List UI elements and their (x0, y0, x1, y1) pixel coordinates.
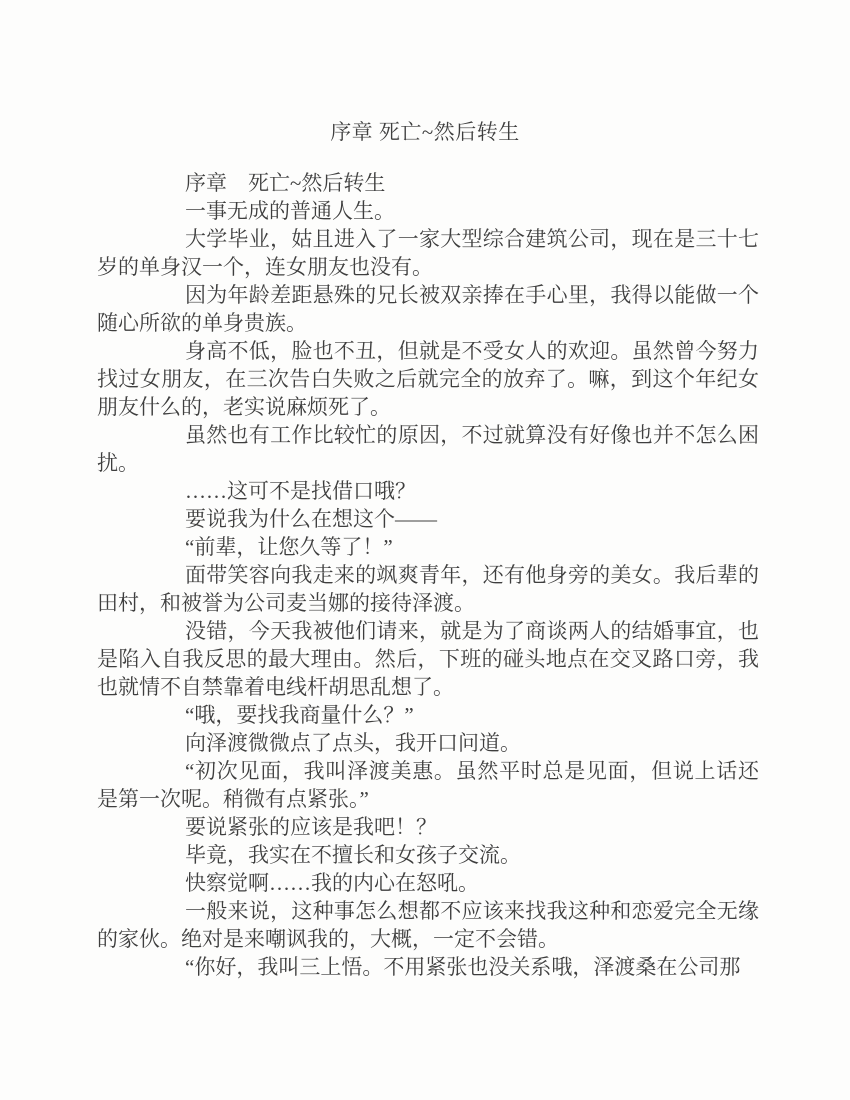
paragraph: 没错，今天我被他们请来，就是为了商谈两人的结婚事宜，也是陷入自我反思的最大理由。… (97, 617, 759, 701)
paragraph: “初次见面，我叫泽渡美惠。虽然平时总是见面，但说上话还是第一次呢。稍微有点紧张。… (97, 757, 759, 813)
document-page: 序章 死亡~然后转生 序章 死亡~然后转生 一事无成的普通人生。 大学毕业，姑且… (0, 0, 850, 1100)
paragraph: 向泽渡微微点了点头，我开口问道。 (97, 729, 759, 757)
paragraph: “哦，要找我商量什么？” (97, 701, 759, 729)
paragraph: “前辈，让您久等了！” (97, 533, 759, 561)
paragraph: 大学毕业，姑且进入了一家大型综合建筑公司，现在是三十七岁的单身汉一个，连女朋友也… (97, 225, 759, 281)
chapter-title: 序章 死亡~然后转生 (0, 116, 850, 146)
paragraph: 虽然也有工作比较忙的原因，不过就算没有好像也并不怎么困扰。 (97, 421, 759, 477)
paragraph: 毕竟，我实在不擅长和女孩子交流。 (97, 841, 759, 869)
paragraph: 要说紧张的应该是我吧！？ (97, 813, 759, 841)
paragraph: 身高不低，脸也不丑，但就是不受女人的欢迎。虽然曾今努力找过女朋友，在三次告白失败… (97, 337, 759, 421)
paragraph: “你好，我叫三上悟。不用紧张也没关系哦，泽渡桑在公司那 (97, 953, 759, 981)
paragraph: ……这可不是找借口哦？ (97, 477, 759, 505)
paragraph: 一般来说，这种事怎么想都不应该来找我这种和恋爱完全无缘的家伙。绝对是来嘲讽我的，… (97, 897, 759, 953)
paragraph: 要说我为什么在想这个—— (97, 505, 759, 533)
paragraph: 序章 死亡~然后转生 (97, 169, 759, 197)
paragraph: 面带笑容向我走来的飒爽青年，还有他身旁的美女。我后辈的田村，和被誉为公司麦当娜的… (97, 561, 759, 617)
paragraph: 一事无成的普通人生。 (97, 197, 759, 225)
document-body: 序章 死亡~然后转生 一事无成的普通人生。 大学毕业，姑且进入了一家大型综合建筑… (97, 169, 759, 981)
paragraph: 快察觉啊……我的内心在怒吼。 (97, 869, 759, 897)
paragraph: 因为年龄差距悬殊的兄长被双亲捧在手心里，我得以能做一个随心所欲的单身贵族。 (97, 281, 759, 337)
